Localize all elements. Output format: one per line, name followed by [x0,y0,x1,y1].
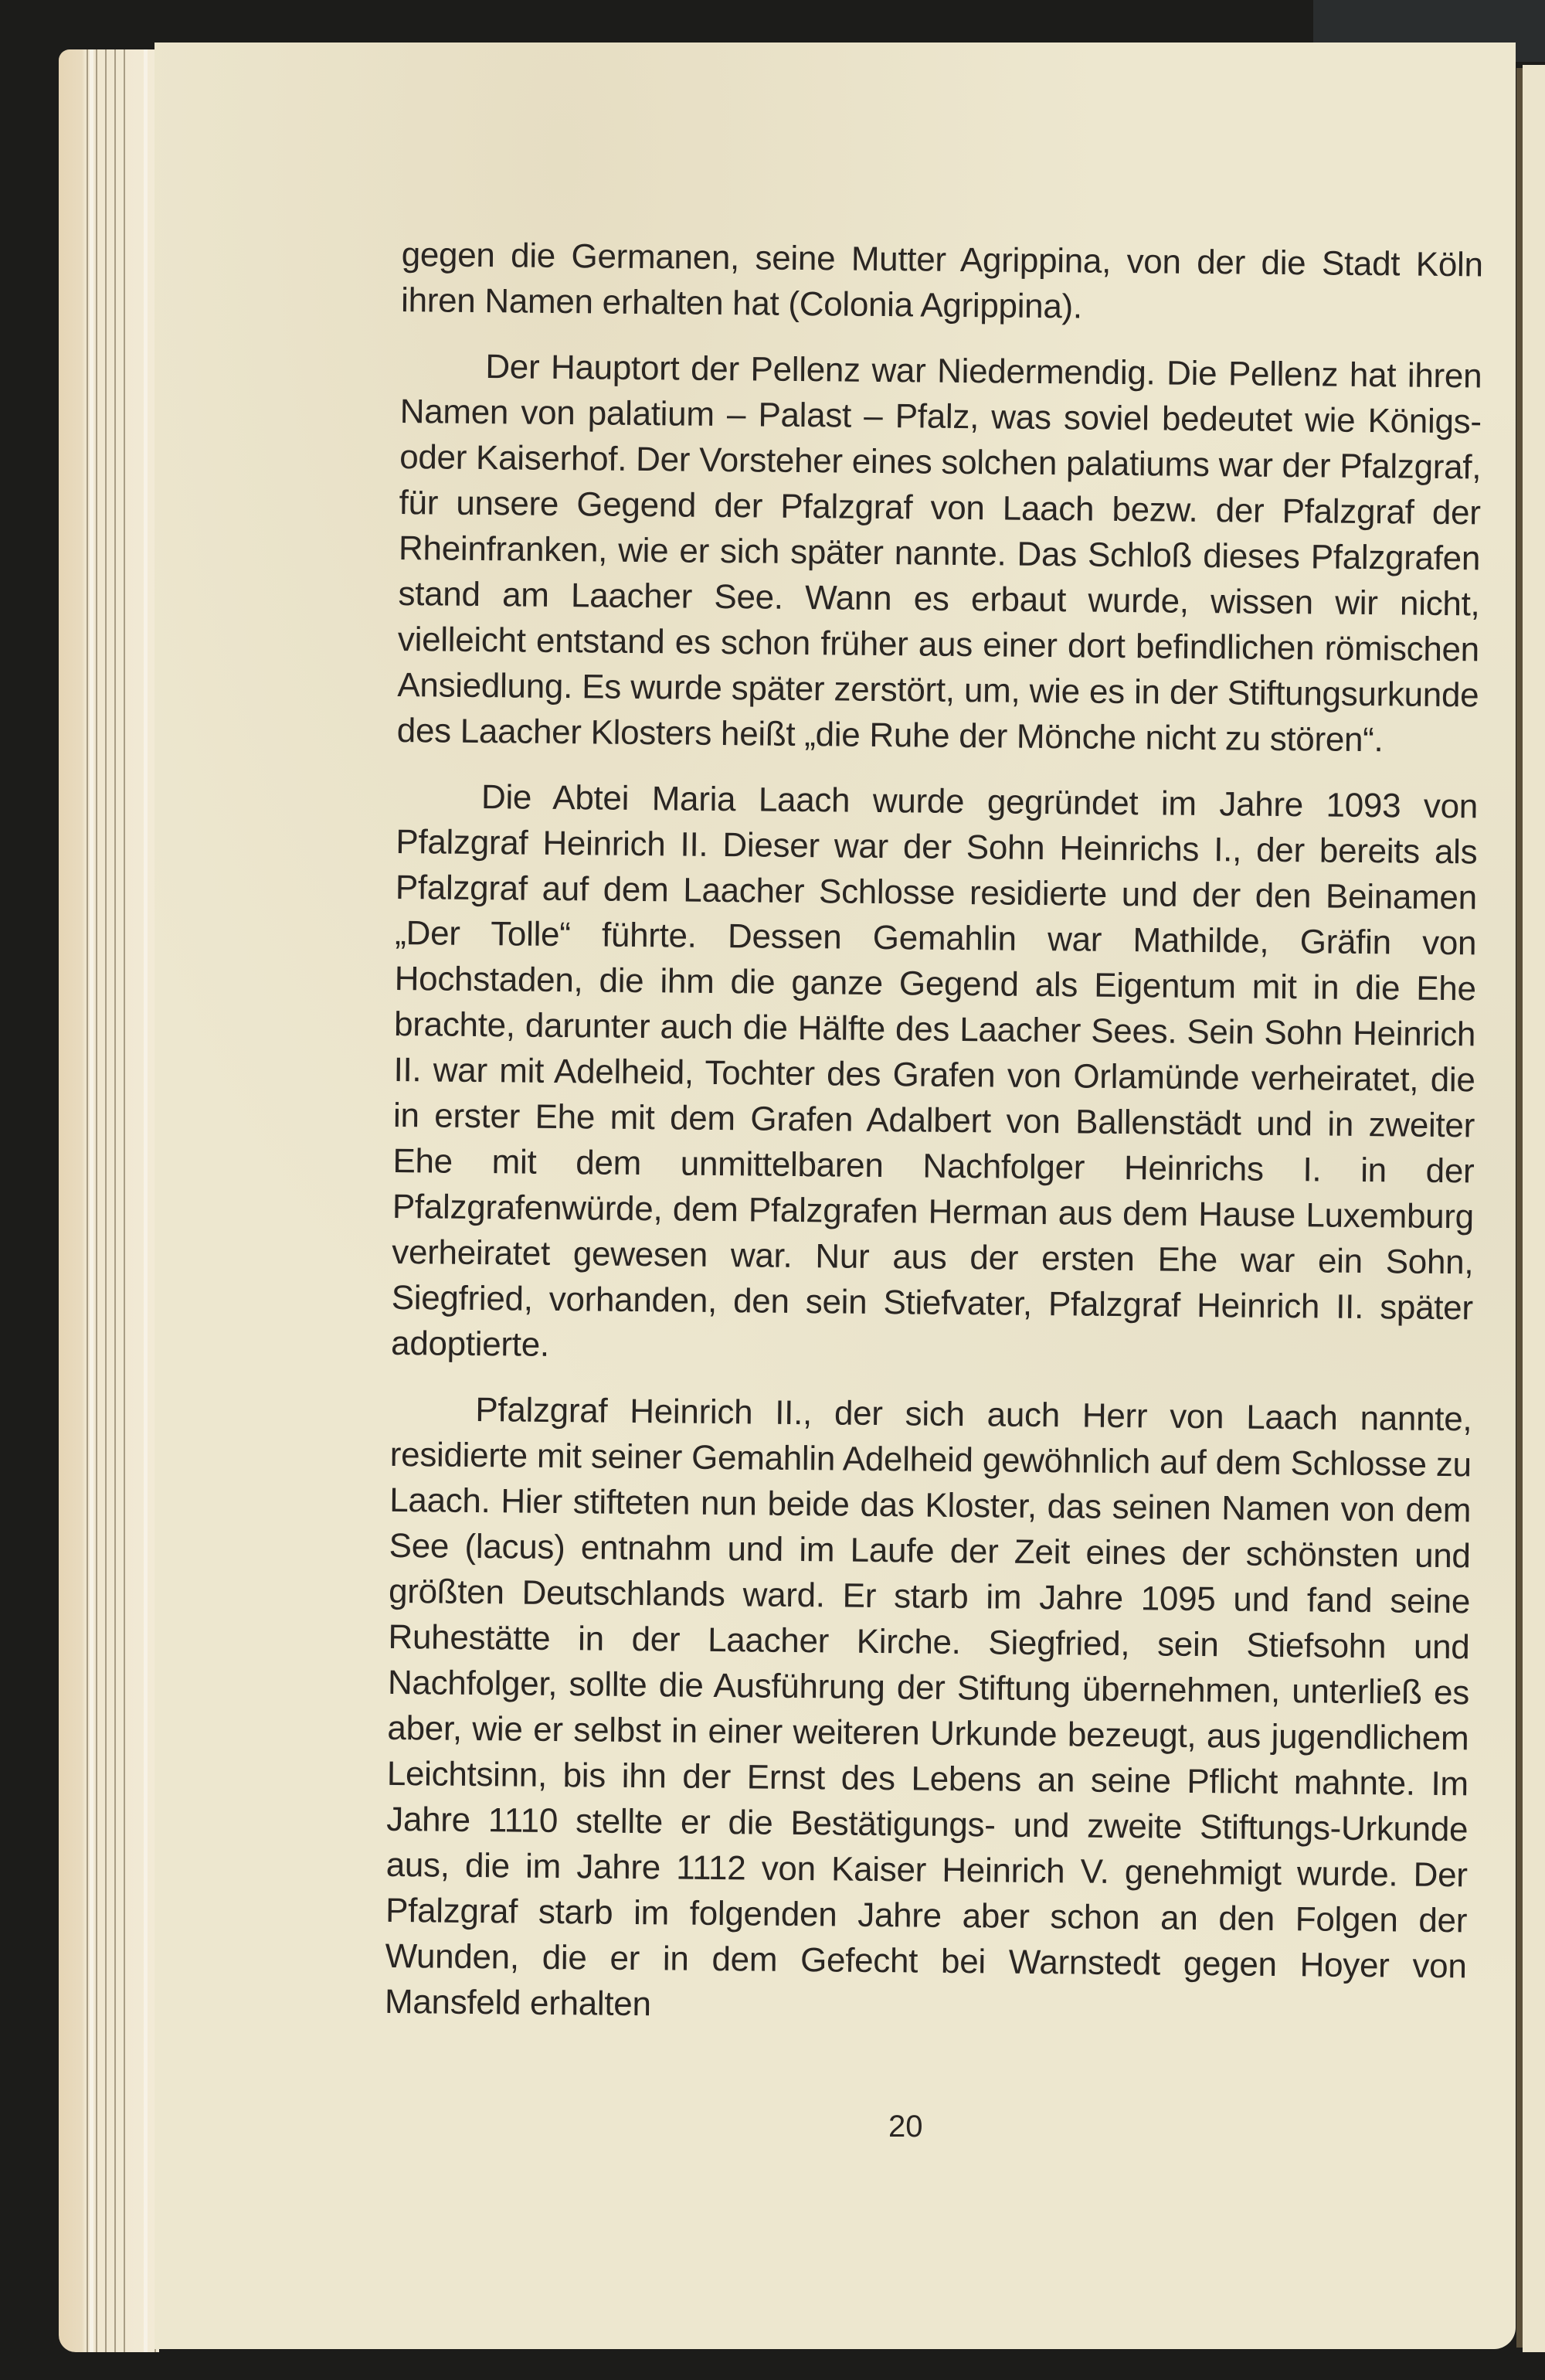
page-edge-line [124,49,125,2352]
page-edge-line [114,49,116,2352]
page-edge-line [144,49,148,2352]
paragraph: gegen die Germanen, seine Mutter Agrippi… [401,232,1483,333]
page-edge-line [90,49,93,2352]
paragraph: Pfalzgraf Heinrich II., der sich auch He… [385,1386,1472,2035]
paragraph: Der Hauptort der Pellenz war Niedermendi… [397,343,1482,763]
next-page-edge [1523,65,1545,2352]
page-edge-line [96,49,97,2352]
page-number: 20 [888,2110,923,2144]
paragraph: Die Abtei Maria Laach wurde gegründet im… [391,773,1478,1376]
page-body-text: gegen die Germanen, seine Mutter Agrippi… [384,232,1482,2055]
page-edges-stack [59,49,159,2352]
page-edge-line [87,49,88,2352]
page-gutter-shadow [1516,68,1523,2348]
page-edge-line [105,49,107,2352]
